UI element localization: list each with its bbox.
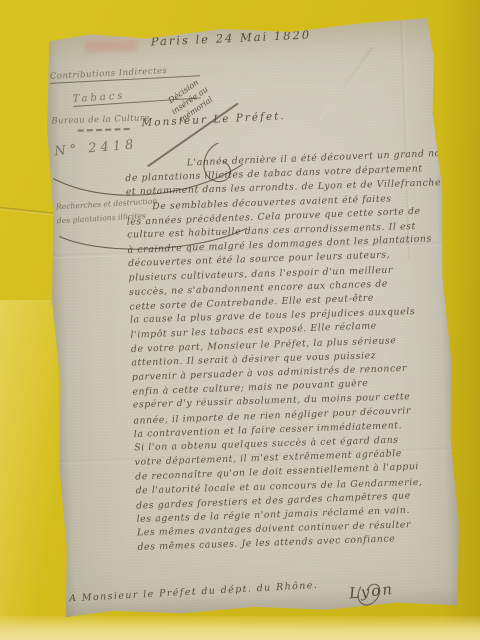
background-bottom-band (0, 616, 480, 640)
footer-address: A Monsieur le Préfet du dépt. du Rhône. (69, 577, 369, 604)
photo-of-letter: Paris le 24 Mai 1820 Contributions Indir… (0, 0, 480, 640)
docket-dash-rule (78, 128, 130, 132)
letter-sheet: Paris le 24 Mai 1820 Contributions Indir… (42, 18, 461, 619)
background-highlight (0, 300, 58, 640)
date-line: Paris le 24 Mai 1820 (150, 23, 410, 48)
docket-department: Contributions Indirectes (50, 64, 200, 84)
docket-number: N° 2418 (54, 132, 203, 160)
faint-archival-mark (85, 40, 137, 54)
background-crease (0, 207, 60, 216)
letter-body: L'année dernière il a été découvert un g… (125, 148, 450, 556)
footer-place-signature: Lyon (348, 580, 394, 603)
